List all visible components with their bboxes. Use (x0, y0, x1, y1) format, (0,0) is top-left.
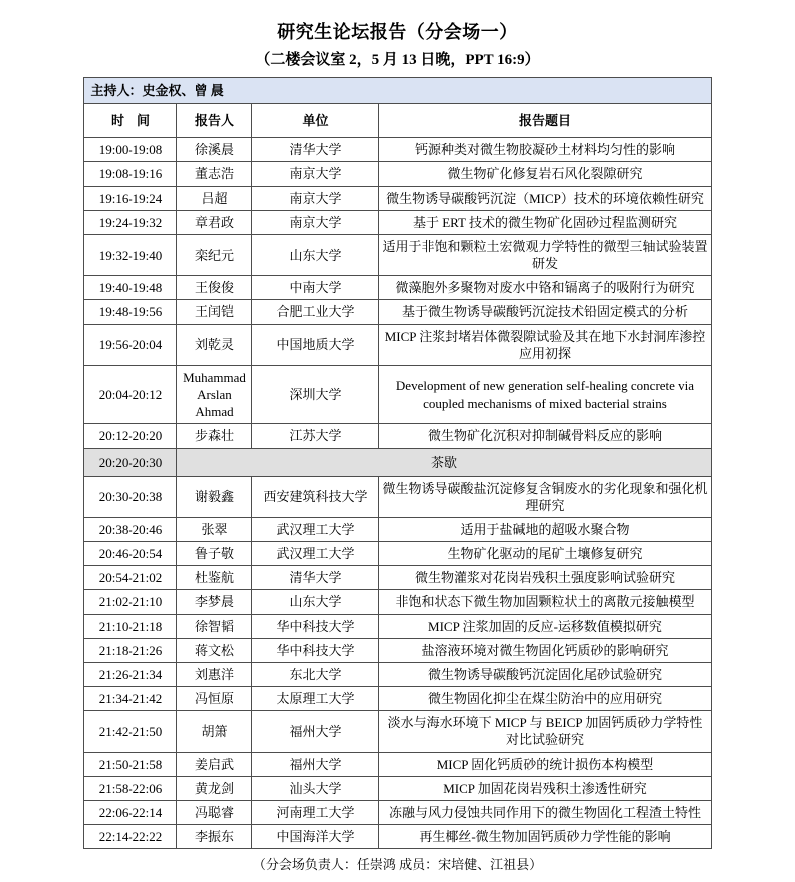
cell-presenter: 王俊俊 (177, 276, 252, 300)
cell-affiliation: 江苏大学 (252, 424, 379, 448)
cell-presenter: 刘惠洋 (177, 662, 252, 686)
cell-title: 淡水与海水环境下 MICP 与 BEICP 加固钙质砂力学特性对比试验研究 (379, 711, 711, 752)
table-row: 21:10-21:18徐智韬华中科技大学MICP 注浆加固的反应-运移数值模拟研… (84, 614, 711, 638)
cell-title: 冻融与风力侵蚀共同作用下的微生物固化工程渣土特性 (379, 800, 711, 824)
cell-presenter: Muhammad Arslan Ahmad (177, 365, 252, 423)
column-header-presenter: 报告人 (177, 104, 252, 138)
cell-presenter: 徐溪晨 (177, 138, 252, 162)
cell-time: 19:00-19:08 (84, 138, 177, 162)
cell-time: 21:18-21:26 (84, 638, 177, 662)
cell-time: 21:26-21:34 (84, 662, 177, 686)
cell-affiliation: 武汉理工大学 (252, 542, 379, 566)
page-title: 研究生论坛报告（分会场一） (0, 18, 795, 44)
table-row: 19:48-19:56王闰铠合肥工业大学基于微生物诱导碳酸钙沉淀技术铅固定模式的… (84, 300, 711, 324)
cell-time: 20:20-20:30 (84, 448, 177, 476)
table-row: 20:38-20:46张翠武汉理工大学适用于盐碱地的超吸水聚合物 (84, 517, 711, 541)
cell-title: 钙源种类对微生物胶凝砂土材料均匀性的影响 (379, 138, 711, 162)
cell-affiliation: 武汉理工大学 (252, 517, 379, 541)
cell-time: 21:34-21:42 (84, 687, 177, 711)
cell-time: 21:58-22:06 (84, 776, 177, 800)
column-header-title: 报告题目 (379, 104, 711, 138)
cell-title: 微生物诱导碳酸盐沉淀修复含铜废水的劣化现象和强化机理研究 (379, 476, 711, 517)
table-row: 19:24-19:32章君政南京大学基于 ERT 技术的微生物矿化固砂过程监测研… (84, 210, 711, 234)
cell-presenter: 李梦晨 (177, 590, 252, 614)
cell-presenter: 胡箫 (177, 711, 252, 752)
cell-presenter: 鲁子敬 (177, 542, 252, 566)
cell-presenter: 王闰铠 (177, 300, 252, 324)
cell-time: 21:50-21:58 (84, 752, 177, 776)
cell-affiliation: 合肥工业大学 (252, 300, 379, 324)
cell-time: 19:16-19:24 (84, 186, 177, 210)
table-row: 21:50-21:58姜启武福州大学MICP 固化钙质砂的统计损伤本构模型 (84, 752, 711, 776)
cell-time: 20:46-20:54 (84, 542, 177, 566)
schedule-body: 19:00-19:08徐溪晨清华大学钙源种类对微生物胶凝砂土材料均匀性的影响19… (84, 138, 711, 849)
cell-affiliation: 中南大学 (252, 276, 379, 300)
column-header-time: 时 间 (84, 104, 177, 138)
table-row: 20:30-20:38谢毅鑫西安建筑科技大学微生物诱导碳酸盐沉淀修复含铜废水的劣… (84, 476, 711, 517)
cell-time: 20:38-20:46 (84, 517, 177, 541)
cell-title: 再生椰丝-微生物加固钙质砂力学性能的影响 (379, 825, 711, 849)
cell-affiliation: 深圳大学 (252, 365, 379, 423)
cell-presenter: 董志浩 (177, 162, 252, 186)
cell-affiliation: 山东大学 (252, 234, 379, 275)
cell-time: 21:10-21:18 (84, 614, 177, 638)
cell-title: 生物矿化驱动的尾矿土壤修复研究 (379, 542, 711, 566)
page-subtitle: （二楼会议室 2，5 月 13 日晚，PPT 16:9） (0, 48, 795, 69)
table-row: 19:40-19:48王俊俊中南大学微藻胞外多聚物对废水中铬和镉离子的吸附行为研… (84, 276, 711, 300)
cell-time: 22:14-22:22 (84, 825, 177, 849)
cell-presenter: 冯恒原 (177, 687, 252, 711)
table-row: 21:42-21:50胡箫福州大学淡水与海水环境下 MICP 与 BEICP 加… (84, 711, 711, 752)
cell-presenter: 章君政 (177, 210, 252, 234)
cell-title: 微生物矿化修复岩石风化裂隙研究 (379, 162, 711, 186)
cell-presenter: 栾纪元 (177, 234, 252, 275)
cell-time: 19:24-19:32 (84, 210, 177, 234)
cell-presenter: 黄龙剑 (177, 776, 252, 800)
cell-title: 微藻胞外多聚物对废水中铬和镉离子的吸附行为研究 (379, 276, 711, 300)
cell-title: MICP 加固花岗岩残积土渗透性研究 (379, 776, 711, 800)
cell-time: 19:40-19:48 (84, 276, 177, 300)
table-row: 19:56-20:04刘乾灵中国地质大学MICP 注浆封堵岩体微裂隙试验及其在地… (84, 324, 711, 365)
table-row: 20:54-21:02杜鉴航清华大学微生物灌浆对花岗岩残积土强度影响试验研究 (84, 566, 711, 590)
table-row: 20:12-20:20步森壮江苏大学微生物矿化沉积对抑制碱骨料反应的影响 (84, 424, 711, 448)
moderator-row: 主持人：史金权、曾 晨 (84, 78, 711, 104)
cell-presenter: 李振东 (177, 825, 252, 849)
session-staff-footer: （分会场负责人：任崇鸿 成员：宋培健、江祖县） (0, 854, 795, 873)
cell-affiliation: 太原理工大学 (252, 687, 379, 711)
cell-time: 20:30-20:38 (84, 476, 177, 517)
column-header-affiliation: 单位 (252, 104, 379, 138)
cell-time: 22:06-22:14 (84, 800, 177, 824)
table-row: 22:14-22:22李振东中国海洋大学再生椰丝-微生物加固钙质砂力学性能的影响 (84, 825, 711, 849)
table-row: 21:26-21:34刘惠洋东北大学微生物诱导碳酸钙沉淀固化尾砂试验研究 (84, 662, 711, 686)
cell-title: 非饱和状态下微生物加固颗粒状土的离散元接触模型 (379, 590, 711, 614)
cell-title: MICP 注浆封堵岩体微裂隙试验及其在地下水封洞库渗控应用初探 (379, 324, 711, 365)
cell-affiliation: 华中科技大学 (252, 614, 379, 638)
cell-title: 微生物诱导碳酸钙沉淀固化尾砂试验研究 (379, 662, 711, 686)
table-row: 22:06-22:14冯聪睿河南理工大学冻融与风力侵蚀共同作用下的微生物固化工程… (84, 800, 711, 824)
break-label: 茶歇 (177, 448, 711, 476)
cell-title: 适用于盐碱地的超吸水聚合物 (379, 517, 711, 541)
cell-affiliation: 福州大学 (252, 752, 379, 776)
table-row: 21:58-22:06黄龙剑汕头大学MICP 加固花岗岩残积土渗透性研究 (84, 776, 711, 800)
cell-affiliation: 河南理工大学 (252, 800, 379, 824)
cell-title: 微生物矿化沉积对抑制碱骨料反应的影响 (379, 424, 711, 448)
cell-time: 20:54-21:02 (84, 566, 177, 590)
cell-affiliation: 清华大学 (252, 566, 379, 590)
cell-time: 19:56-20:04 (84, 324, 177, 365)
cell-time: 20:12-20:20 (84, 424, 177, 448)
cell-title: 盐溶液环境对微生物固化钙质砂的影响研究 (379, 638, 711, 662)
table-row: 20:46-20:54鲁子敬武汉理工大学生物矿化驱动的尾矿土壤修复研究 (84, 542, 711, 566)
cell-affiliation: 西安建筑科技大学 (252, 476, 379, 517)
cell-affiliation: 东北大学 (252, 662, 379, 686)
cell-time: 21:02-21:10 (84, 590, 177, 614)
cell-presenter: 张翠 (177, 517, 252, 541)
cell-title: 微生物灌浆对花岗岩残积土强度影响试验研究 (379, 566, 711, 590)
moderator-label: 主持人：史金权、曾 晨 (84, 78, 711, 104)
cell-time: 19:48-19:56 (84, 300, 177, 324)
cell-presenter: 谢毅鑫 (177, 476, 252, 517)
table-row: 19:32-19:40栾纪元山东大学适用于非饱和颗粒土宏微观力学特性的微型三轴试… (84, 234, 711, 275)
cell-presenter: 吕超 (177, 186, 252, 210)
cell-title: 基于 ERT 技术的微生物矿化固砂过程监测研究 (379, 210, 711, 234)
table-row: 20:04-20:12Muhammad Arslan Ahmad深圳大学Deve… (84, 365, 711, 423)
cell-title: 适用于非饱和颗粒土宏微观力学特性的微型三轴试验装置研发 (379, 234, 711, 275)
cell-presenter: 杜鉴航 (177, 566, 252, 590)
cell-affiliation: 南京大学 (252, 186, 379, 210)
table-row: 19:00-19:08徐溪晨清华大学钙源种类对微生物胶凝砂土材料均匀性的影响 (84, 138, 711, 162)
cell-title: 微生物诱导碳酸钙沉淀（MICP）技术的环境依赖性研究 (379, 186, 711, 210)
cell-affiliation: 汕头大学 (252, 776, 379, 800)
cell-time: 19:08-19:16 (84, 162, 177, 186)
cell-affiliation: 山东大学 (252, 590, 379, 614)
schedule-table: 主持人：史金权、曾 晨 时 间 报告人 单位 报告题目 19:00-19:08徐… (83, 77, 711, 849)
cell-presenter: 姜启武 (177, 752, 252, 776)
table-row: 21:34-21:42冯恒原太原理工大学微生物固化抑尘在煤尘防治中的应用研究 (84, 687, 711, 711)
cell-affiliation: 华中科技大学 (252, 638, 379, 662)
cell-affiliation: 南京大学 (252, 162, 379, 186)
cell-time: 20:04-20:12 (84, 365, 177, 423)
cell-time: 21:42-21:50 (84, 711, 177, 752)
table-row: 19:16-19:24吕超南京大学微生物诱导碳酸钙沉淀（MICP）技术的环境依赖… (84, 186, 711, 210)
cell-affiliation: 南京大学 (252, 210, 379, 234)
cell-affiliation: 中国海洋大学 (252, 825, 379, 849)
cell-presenter: 蒋文松 (177, 638, 252, 662)
cell-affiliation: 中国地质大学 (252, 324, 379, 365)
cell-title: MICP 固化钙质砂的统计损伤本构模型 (379, 752, 711, 776)
table-row: 21:18-21:26蒋文松华中科技大学盐溶液环境对微生物固化钙质砂的影响研究 (84, 638, 711, 662)
cell-presenter: 冯聪睿 (177, 800, 252, 824)
cell-time: 19:32-19:40 (84, 234, 177, 275)
cell-presenter: 步森壮 (177, 424, 252, 448)
cell-affiliation: 福州大学 (252, 711, 379, 752)
cell-title: 基于微生物诱导碳酸钙沉淀技术铅固定模式的分析 (379, 300, 711, 324)
table-row: 21:02-21:10李梦晨山东大学非饱和状态下微生物加固颗粒状土的离散元接触模… (84, 590, 711, 614)
cell-title: Development of new generation self-heali… (379, 365, 711, 423)
table-header-row: 时 间 报告人 单位 报告题目 (84, 104, 711, 138)
cell-title: MICP 注浆加固的反应-运移数值模拟研究 (379, 614, 711, 638)
table-row: 19:08-19:16董志浩南京大学微生物矿化修复岩石风化裂隙研究 (84, 162, 711, 186)
cell-presenter: 徐智韬 (177, 614, 252, 638)
document-page: 研究生论坛报告（分会场一） （二楼会议室 2，5 月 13 日晚，PPT 16:… (0, 0, 795, 882)
cell-affiliation: 清华大学 (252, 138, 379, 162)
cell-presenter: 刘乾灵 (177, 324, 252, 365)
break-row: 20:20-20:30茶歇 (84, 448, 711, 476)
cell-title: 微生物固化抑尘在煤尘防治中的应用研究 (379, 687, 711, 711)
